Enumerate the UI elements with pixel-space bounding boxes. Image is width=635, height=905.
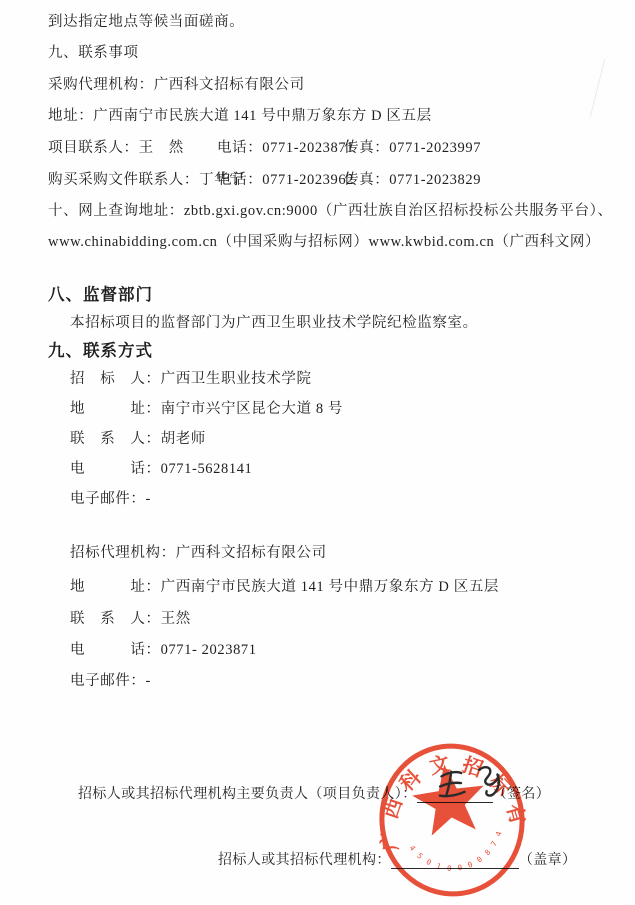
- agent-row: 招标代理机构：广西科文招标有限公司: [70, 541, 327, 562]
- supervision-body: 本招标项目的监督部门为广西卫生职业技术学院纪检监察室。: [70, 311, 478, 332]
- bidder-row: 电子邮件：-: [70, 487, 151, 508]
- bidder-row: 电 话：0771-5628141: [70, 457, 252, 478]
- agent-row: 联 系 人：王然: [70, 607, 191, 628]
- contact-fax: 传真：0771-2023829: [344, 168, 481, 189]
- field-label: 地 址：: [70, 397, 161, 418]
- field-value: 王然: [161, 611, 191, 627]
- section-9-contact-items-heading: 九、联系事项: [48, 41, 139, 62]
- document-page: 到达指定地点等候当面磋商。 九、联系事项 采购代理机构：广西科文招标有限公司 地…: [0, 0, 635, 905]
- field-label: 招标代理机构：: [70, 541, 176, 562]
- field-value: 0771- 2023871: [161, 642, 257, 658]
- procurement-agency-line: 采购代理机构：广西科文招标有限公司: [48, 73, 305, 94]
- contact-phone: 电话：0771-2023871: [217, 136, 354, 157]
- stamp-label: 招标人或其招标代理机构：: [218, 853, 391, 868]
- contact-phone: 电话：0771-2023962: [217, 168, 354, 189]
- field-value: 胡老师: [161, 431, 206, 447]
- bidder-row: 招 标 人：广西卫生职业技术学院: [70, 367, 312, 388]
- agent-row: 电 话：0771- 2023871: [70, 638, 257, 659]
- field-value: 广西科文招标有限公司: [176, 545, 327, 561]
- web-urls-line: www.chinabidding.com.cn（中国采购与招标网）www.kwb…: [48, 230, 600, 251]
- section-8-supervision-heading: 八、监督部门: [48, 281, 153, 305]
- field-value: 广西卫生职业技术学院: [161, 371, 312, 387]
- bidder-row: 地 址：南宁市兴宁区昆仑大道 8 号: [70, 397, 343, 418]
- handwritten-signature: [435, 759, 518, 806]
- field-label: 电子邮件：: [70, 487, 146, 508]
- handwritten-signature-strokes: [435, 759, 518, 806]
- procurement-agency-address: 地址：广西南宁市民族大道 141 号中鼎万象东方 D 区五层: [48, 104, 432, 125]
- section-9-contact-heading: 九、联系方式: [48, 337, 153, 361]
- field-value: 南宁市兴宁区昆仑大道 8 号: [161, 401, 343, 417]
- field-label: 电 话：: [70, 457, 161, 478]
- field-value: 0771-5628141: [161, 461, 253, 477]
- field-label: 联 系 人：: [70, 427, 161, 448]
- contact-name: 项目联系人：王 然: [48, 136, 184, 157]
- field-label: 电 话：: [70, 638, 161, 659]
- paragraph-tail: 到达指定地点等候当面磋商。: [48, 10, 244, 31]
- field-label: 招 标 人：: [70, 367, 161, 388]
- field-label: 电子邮件：: [70, 669, 146, 690]
- field-value: -: [146, 673, 151, 689]
- contact-fax: 传真：0771-2023997: [344, 136, 481, 157]
- stamp-suffix: （盖章）: [519, 853, 577, 868]
- section-10-web-heading: 十、网上查询地址：zbtb.gxi.gov.cn:9000（广西壮族自治区招标投…: [48, 199, 613, 220]
- agency-stamp-row: 招标人或其招标代理机构：（盖章）: [218, 849, 576, 869]
- field-value: -: [146, 491, 151, 507]
- signature-label: 招标人或其招标代理机构主要负责人（项目负责人）：: [78, 787, 417, 802]
- agent-row: 电子邮件：-: [70, 669, 151, 690]
- scan-artifact: [590, 59, 605, 117]
- field-value: 广西南宁市民族大道 141 号中鼎万象东方 D 区五层: [161, 579, 499, 595]
- agent-row: 地 址：广西南宁市民族大道 141 号中鼎万象东方 D 区五层: [70, 575, 499, 596]
- stamp-line: [391, 853, 519, 869]
- field-label: 联 系 人：: [70, 607, 161, 628]
- bidder-row: 联 系 人：胡老师: [70, 427, 206, 448]
- contact-name: 购买采购文件联系人：丁华宁: [48, 168, 244, 189]
- field-label: 地 址：: [70, 575, 161, 596]
